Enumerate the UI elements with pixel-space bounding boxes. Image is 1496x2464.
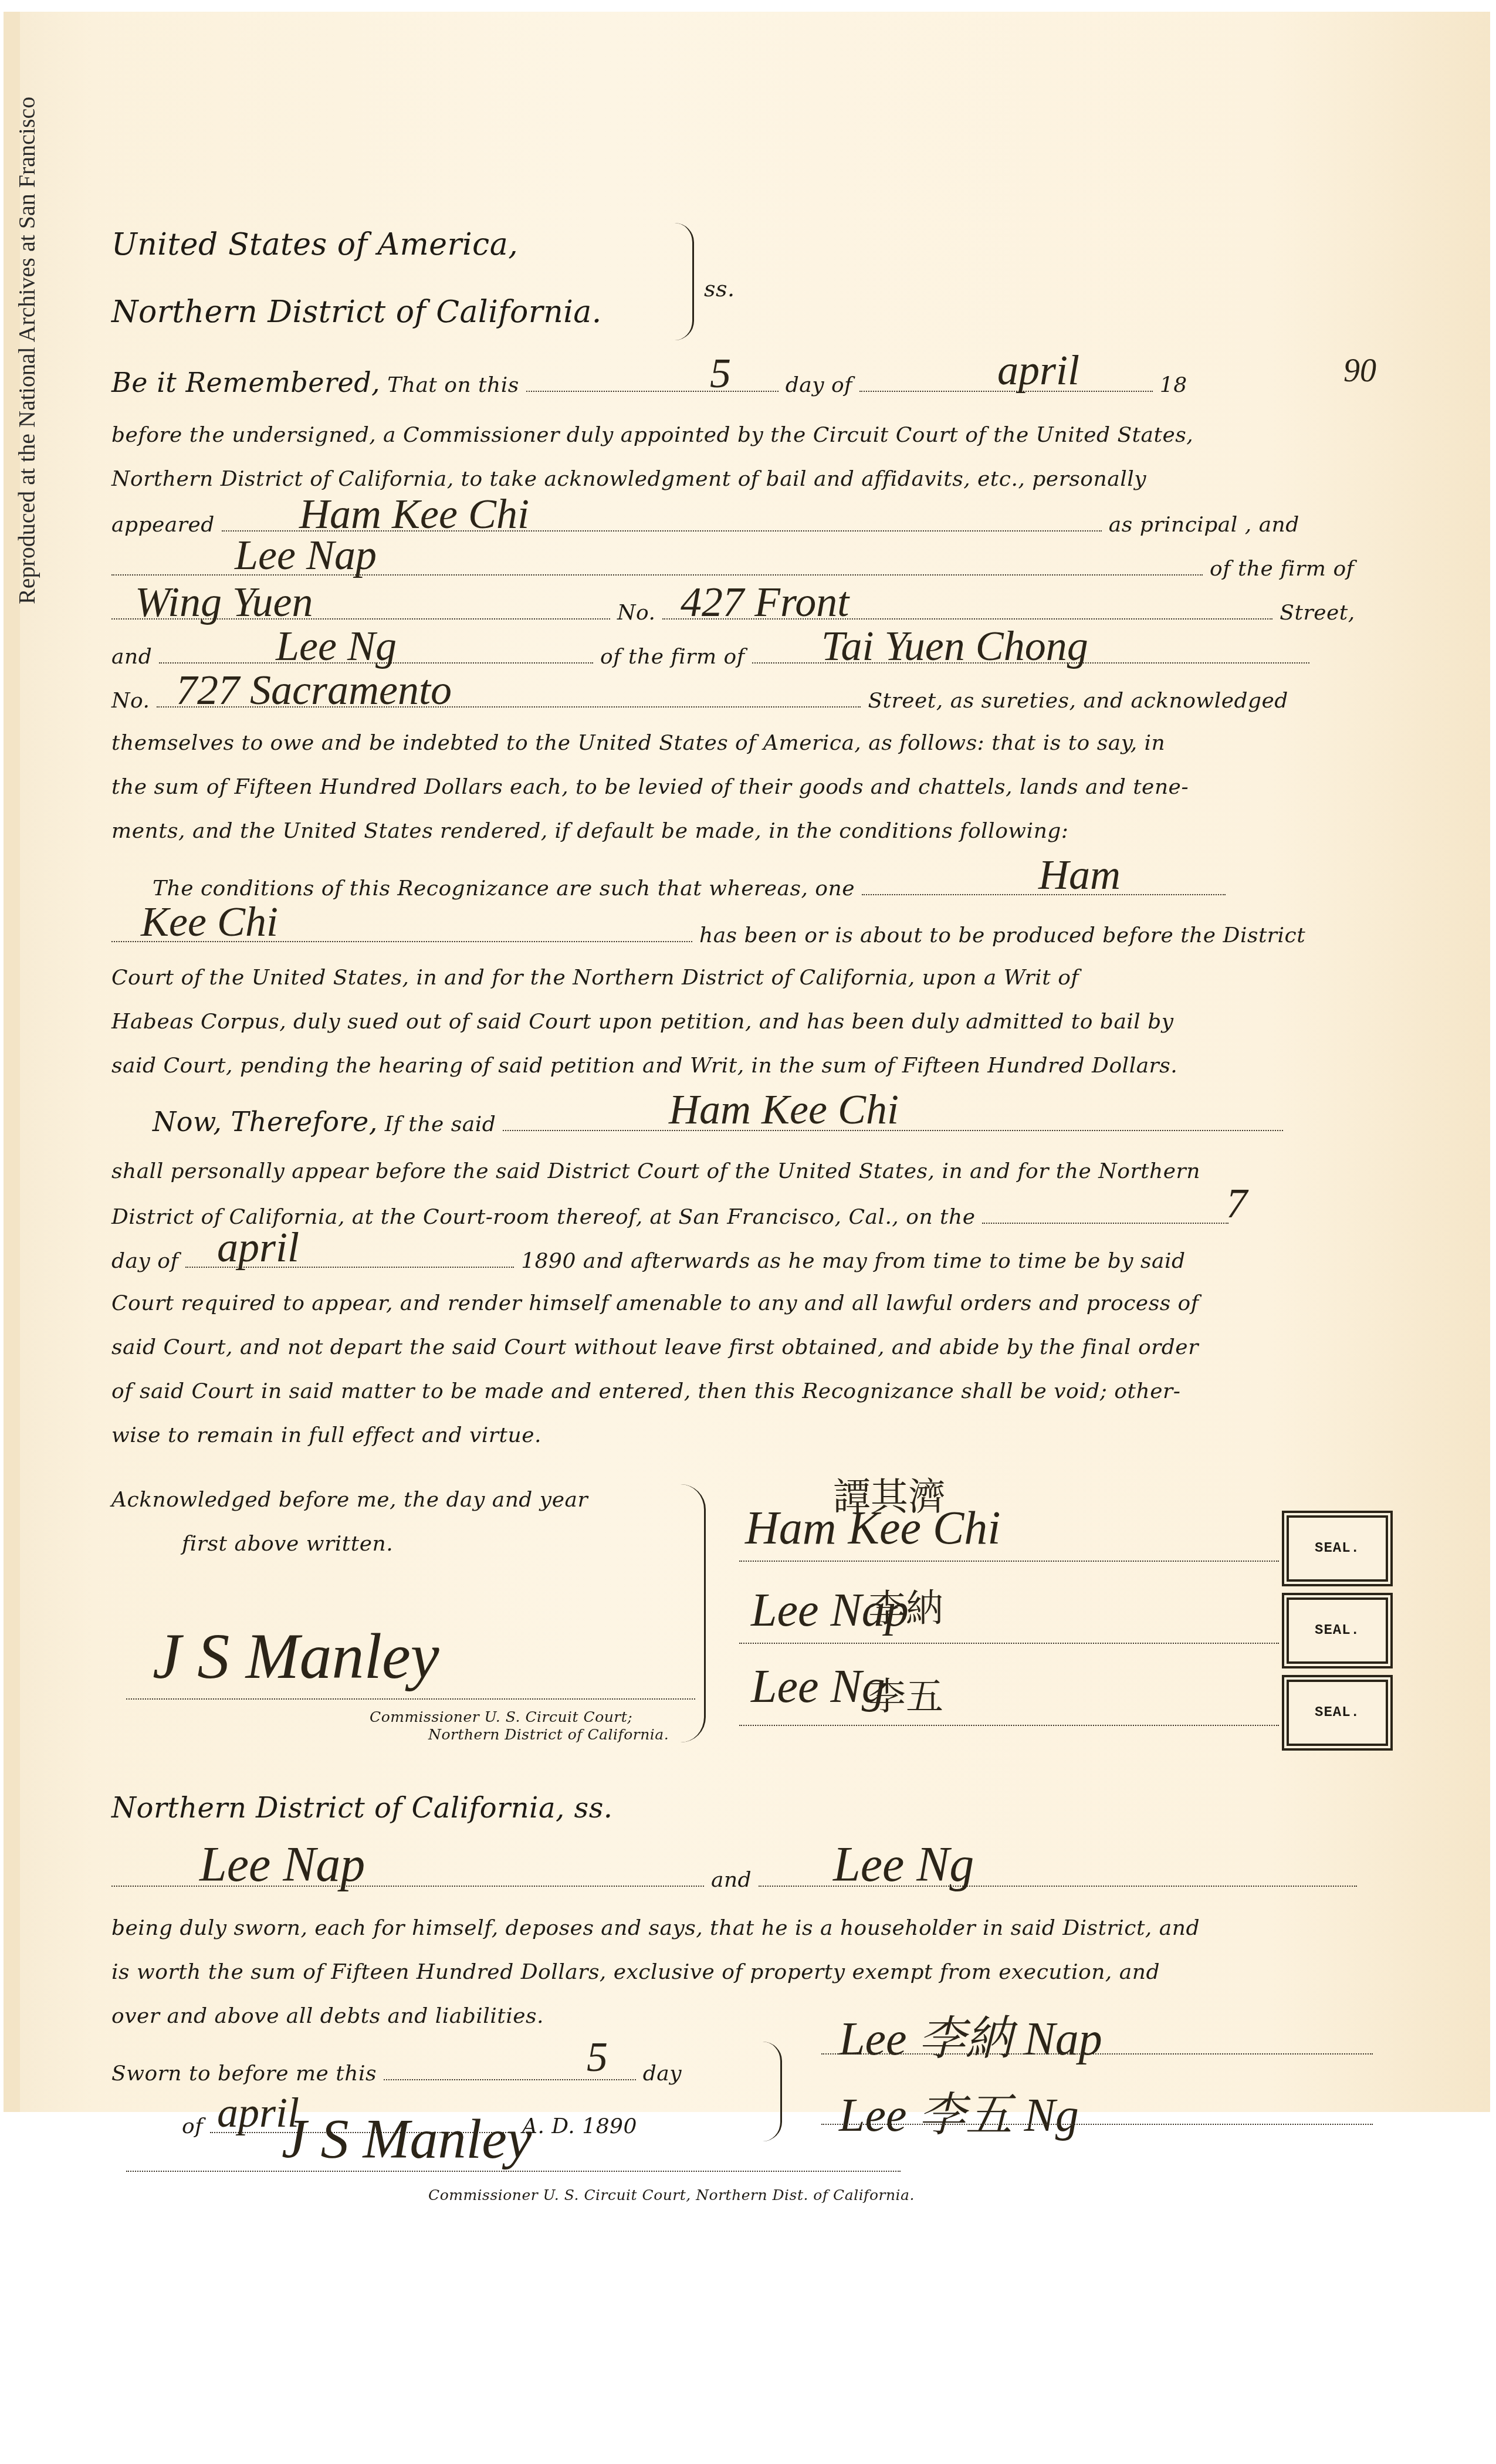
day-of-label: day of — [786, 373, 852, 397]
seal-1: SEAL. — [1282, 1511, 1393, 1586]
now-therefore-line-3: District of California, at the Court-roo… — [111, 1203, 1373, 1230]
be-it-remembered: Be it Remembered, — [111, 367, 380, 398]
no-label: No. — [617, 601, 655, 625]
signature-lee-nap-chinese: 李納 — [868, 1578, 943, 1632]
caption-line-2: Northern District of California. — [111, 299, 1373, 325]
conditions-line-3: Court of the United States, in and for t… — [111, 965, 1373, 991]
affiant2-name: Lee Ng — [833, 1836, 974, 1893]
now-therefore-line-8: wise to remain in full effect and virtue… — [111, 1423, 1373, 1448]
seal-2: SEAL. — [1282, 1593, 1393, 1668]
recognizance-line-11: ments, and the United States rendered, i… — [111, 818, 1373, 844]
surety1-name: Lee Nap — [235, 531, 377, 580]
commissioner-signature-line-2 — [126, 2171, 901, 2172]
now-therefore-line-4-text: and afterwards as he may from time to ti… — [583, 1249, 1186, 1273]
recognizance-line-9: themselves to owe and be indebted to the… — [111, 730, 1373, 756]
recognizance-line-3: Northern District of California, to take… — [111, 466, 1373, 492]
street-sureties-label: Street, as sureties, and acknowledged — [868, 689, 1288, 713]
caption-brace — [675, 223, 694, 340]
commissioner-title-2: Northern District of California. — [428, 1722, 698, 1748]
affidavit-line-2: is worth the sum of Fifteen Hundred Doll… — [111, 1959, 1373, 1985]
conditions-name-part1: Ham — [1038, 851, 1121, 899]
surety1-firm: Wing Yuen — [135, 578, 313, 627]
day-value: 5 — [710, 349, 731, 398]
now-therefore-line-4: day of 1890 and afterwards as he may fro… — [111, 1247, 1373, 1274]
sworn-day: 5 — [587, 2033, 608, 2081]
acknowledgment-brace — [681, 1484, 706, 1742]
now-therefore-name: Ham Kee Chi — [669, 1085, 899, 1134]
recognizance-line-10: the sum of Fifteen Hundred Dollars each,… — [111, 774, 1373, 800]
commissioner-signature-2: J S Manley — [282, 2106, 532, 2171]
and-label: and — [111, 645, 152, 669]
year-value: 90 — [1343, 352, 1376, 390]
appear-month: april — [217, 1223, 299, 1272]
day-field — [526, 371, 779, 392]
affidavit-heading: Northern District of California, ss. — [111, 1795, 1373, 1821]
ss-label: ss. — [704, 276, 763, 302]
conditions-intro: The conditions of this Recognizance are … — [153, 876, 855, 901]
affiant-signature-line-1 — [821, 2053, 1373, 2055]
signature-ham-kee-chi-chinese: 譚其濟 — [833, 1467, 946, 1521]
affidavit-line-3: over and above all debts and liabilities… — [111, 2003, 1373, 2029]
sworn-label: Sworn to before me this — [111, 2062, 377, 2086]
commissioner-signature-1: J S Manley — [153, 1619, 439, 1694]
affidavit-and-label: and — [711, 1868, 752, 1892]
sworn-brace — [763, 2042, 782, 2141]
commissioner-signature-line-1 — [126, 1698, 695, 1700]
archive-stamp: Reproduced at the National Archives at S… — [13, 18, 40, 604]
conditions-name-part2: Kee Chi — [141, 898, 278, 946]
commissioner-title-affidavit: Commissioner U. S. Circuit Court, Northe… — [428, 2182, 1132, 2208]
appear-day-field — [982, 1203, 1228, 1224]
appeared-label: appeared — [111, 513, 215, 537]
now-therefore-line-5: Court required to appear, and render him… — [111, 1291, 1373, 1316]
affiant1-name: Lee Nap — [199, 1836, 365, 1893]
year-prefix: 18 — [1160, 373, 1187, 397]
street-label: Street, — [1280, 601, 1355, 625]
affiant-signature-2: Lee 李五 Ng — [839, 2077, 1079, 2144]
affidavit-line-1: being duly sworn, each for himself, depo… — [111, 1915, 1373, 1941]
year-value-2: 90 — [549, 1249, 576, 1273]
affiant-signature-1: Lee 李納 Nap — [839, 2001, 1102, 2068]
no-label-2: No. — [111, 689, 150, 713]
caption-line-1: United States of America, — [111, 232, 1373, 258]
signature-line-3 — [739, 1725, 1279, 1726]
sworn-year: 90 — [610, 2114, 637, 2138]
conditions-line-1: The conditions of this Recognizance are … — [153, 874, 1373, 902]
sworn-ad-label: A. D. 18 — [522, 2114, 610, 2138]
sworn-of-label: of — [182, 2114, 203, 2138]
signature-line-1 — [739, 1561, 1279, 1562]
surety2-address: 727 Sacramento — [176, 666, 452, 715]
sworn-line-1: Sworn to before me this day — [111, 2059, 757, 2087]
sworn-day-label: day — [643, 2062, 682, 2086]
affiant-signature-line-2 — [821, 2124, 1373, 2125]
now-therefore-line-7: of said Court in said matter to be made … — [111, 1379, 1373, 1404]
signature-lee-ng: Lee Ng — [751, 1660, 885, 1714]
recognizance-line-2: before the undersigned, a Commissioner d… — [111, 422, 1373, 448]
surety2-name: Lee Ng — [276, 622, 397, 671]
now-therefore-line-6: said Court, and not depart the said Cour… — [111, 1335, 1373, 1360]
seal-3: SEAL. — [1282, 1675, 1393, 1751]
signature-line-2 — [739, 1643, 1279, 1644]
conditions-line-2: has been or is about to be produced befo… — [111, 921, 1373, 949]
surety2-firm: Tai Yuen Chong — [821, 622, 1088, 671]
signature-lee-ng-chinese: 李五 — [868, 1666, 943, 1720]
conditions-line-5: said Court, pending the hearing of said … — [111, 1053, 1373, 1079]
conditions-line-2-text: has been or is about to be produced befo… — [699, 923, 1305, 947]
conditions-line-4: Habeas Corpus, duly sued out of said Cou… — [111, 1009, 1373, 1035]
appear-day: 7 — [1226, 1179, 1247, 1228]
year-prefix-2: 18 — [521, 1249, 549, 1273]
month-value: april — [997, 346, 1079, 395]
acknowledged-line-2: first above written. — [182, 1531, 651, 1557]
day-of-label-2: day of — [111, 1249, 178, 1273]
if-the-said-label: If the said — [385, 1112, 496, 1136]
as-principal-label: as principal , and — [1109, 513, 1299, 537]
acknowledged-line-1: Acknowledged before me, the day and year — [111, 1487, 698, 1513]
that-on-this-label: That on this — [387, 373, 519, 397]
surety1-address: 427 Front — [681, 578, 849, 627]
recognizance-line-1: Be it Remembered, That on this day of 18 — [111, 370, 1373, 398]
now-therefore-lead: Now, Therefore, — [153, 1106, 378, 1138]
of-the-firm-label-2: of the firm of — [600, 645, 744, 669]
now-therefore-line-2: shall personally appear before the said … — [111, 1159, 1373, 1184]
of-the-firm-label: of the firm of — [1210, 557, 1354, 581]
